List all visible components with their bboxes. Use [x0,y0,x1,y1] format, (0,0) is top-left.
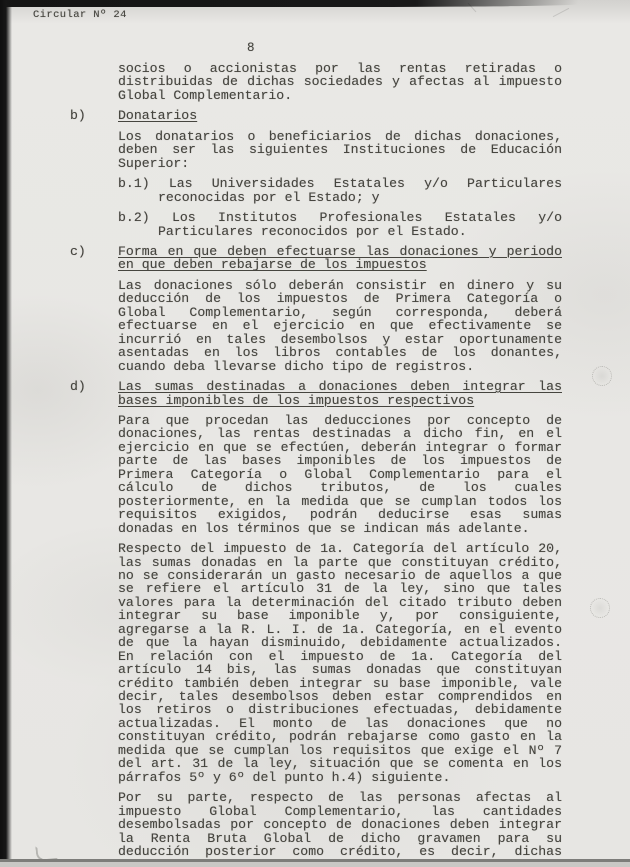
circular-label: Circular Nº 24 [33,9,127,21]
text-line: parte de las bases imponibles de los imp… [118,454,562,467]
para-d3: Por su parte, respecto de las personas a… [118,791,562,858]
text-line: la Renta Bruta Global de dicho gravamen … [118,832,562,845]
section-d-heading: d)Las sumas destinadas a donaciones debe… [118,380,562,407]
hole-punch-mark [590,598,610,618]
text-line: incurrió en tales desembolsos y estar op… [118,333,562,346]
text-line: valores para la determinación del citado… [118,596,562,609]
text-line: Global Complementario, según corresponda… [118,306,562,319]
section-b-heading: b)Donatarios [118,109,562,122]
text-line: los retiros o distribuciones efectuadas,… [118,703,562,716]
text-line: crédito también deben integrar su base i… [118,677,562,690]
text-line: deducción de los impuestos de Primera Ca… [118,292,562,305]
text-line: Para que procedan las deducciones por co… [118,414,562,427]
text-line: b.1) Las Universidades Estatales y/o Par… [118,177,562,190]
text-line: Los donatarios o beneficiarios de dichas… [118,130,562,143]
text-line: Las donaciones sólo deberán consistir en… [118,279,562,292]
scan-edge-top [0,0,578,7]
text-line: constituyan crédito, podrán rebajarse co… [118,730,562,743]
text-line: las sumas donadas en la parte que consti… [118,556,562,569]
text-line: deben ser las siguientes Instituciones d… [118,143,562,156]
text-line: integrar su base imponible y, por consig… [118,609,562,622]
text-line: bases imponibles de los impuestos respec… [118,394,562,407]
text-line: desembolsadas por concepto de donaciones… [118,818,562,831]
text-line: En relación con el impuesto de 1a. Categ… [118,650,562,663]
text-line: Global Complementario. [118,89,562,102]
scan-edge-left [0,0,12,867]
text-line: párrafos 5º y 6º del punto h.4) siguient… [118,771,562,784]
text-line: Forma en que deben efectuarse las donaci… [118,245,562,258]
text-line: impuesto Global Complementario, las cant… [118,805,562,818]
section-letter: b) [70,109,86,122]
text-line: de que la hayan disminuido, debidamente … [118,636,562,649]
subitem-b1: b.1) Las Universidades Estatales y/o Par… [118,177,562,204]
para-continuation: socios o accionistas por las rentas reti… [118,62,562,102]
text-line: agregarse a la R. L. I. de 1a. Categoría… [118,623,562,636]
text-line: artículo 14 bis, las sumas donadas que c… [118,663,562,676]
scanned-document-page: Circular Nº 24 8 socios o accionistas po… [0,0,630,867]
para-d2: Respecto del impuesto de 1a. Categoría d… [118,542,562,784]
para-b-intro: Los donatarios o beneficiarios de dichas… [118,130,562,170]
text-line: Por su parte, respecto de las personas a… [118,791,562,804]
text-line: requisitos exigidos, podrán deducirse es… [118,508,562,521]
text-line: en que deben rebajarse de los impuestos [118,258,562,271]
text-line: asentadas en los libros contables de los… [118,346,562,359]
text-line: posteriormente, en la medida que se cump… [118,495,562,508]
text-line: Particulares reconocidos por el Estado. [158,225,562,238]
text-line: Superior: [118,157,562,170]
para-d1: Para que procedan las deducciones por co… [118,414,562,535]
page-number: 8 [247,41,255,55]
text-line: medida que se cumplan los requisitos que… [118,744,562,757]
section-c-heading: c)Forma en que deben efectuarse las dona… [118,245,562,272]
text-line: Primera Categoría o Global Complementari… [118,468,562,481]
text-line: Respecto del impuesto de 1a. Categoría d… [118,542,562,555]
section-letter: c) [70,245,86,258]
text-line: cálculo de dichos tributos, de los cuale… [118,481,562,494]
hole-punch-mark [592,366,612,386]
document-body: socios o accionistas por las rentas reti… [118,62,562,858]
text-line: no se considerarán un gasto necesario de… [118,569,562,582]
text-line: distribuidas de dichas sociedades y afec… [118,75,562,88]
text-line: b.2) Los Institutos Profesionales Estata… [118,211,562,224]
text-line: actualizadas. El monto de las donaciones… [118,717,562,730]
text-line: reconocidas por el Estado; y [158,191,562,204]
text-line: cuando deba llevarse dicho tipo de regis… [118,360,562,373]
text-line: donaciones, las rentas destinadas a dich… [118,427,562,440]
section-letter: d) [70,380,86,393]
text-line: decir, tales desembolsos deben estar com… [118,690,562,703]
text-line: Las sumas destinadas a donaciones deben … [118,380,562,393]
text-line: ejercicio en que se efectúen, deberán in… [118,441,562,454]
text-line: se refiere el artículo 31 de la ley, sin… [118,582,562,595]
subitem-b2: b.2) Los Institutos Profesionales Estata… [118,211,562,238]
text-line: donadas en los términos que se indican m… [118,522,562,535]
para-c: Las donaciones sólo deberán consistir en… [118,279,562,373]
text-line: del art. 31 de la ley, situación que se … [118,757,562,770]
text-line: socios o accionistas por las rentas reti… [118,62,562,75]
scanner-background [0,862,630,867]
text-line: efectuarse en el ejercicio en que efecti… [118,319,562,332]
text-line: Donatarios [118,109,562,122]
text-line: deducción posterior como crédito, es dec… [118,845,562,858]
